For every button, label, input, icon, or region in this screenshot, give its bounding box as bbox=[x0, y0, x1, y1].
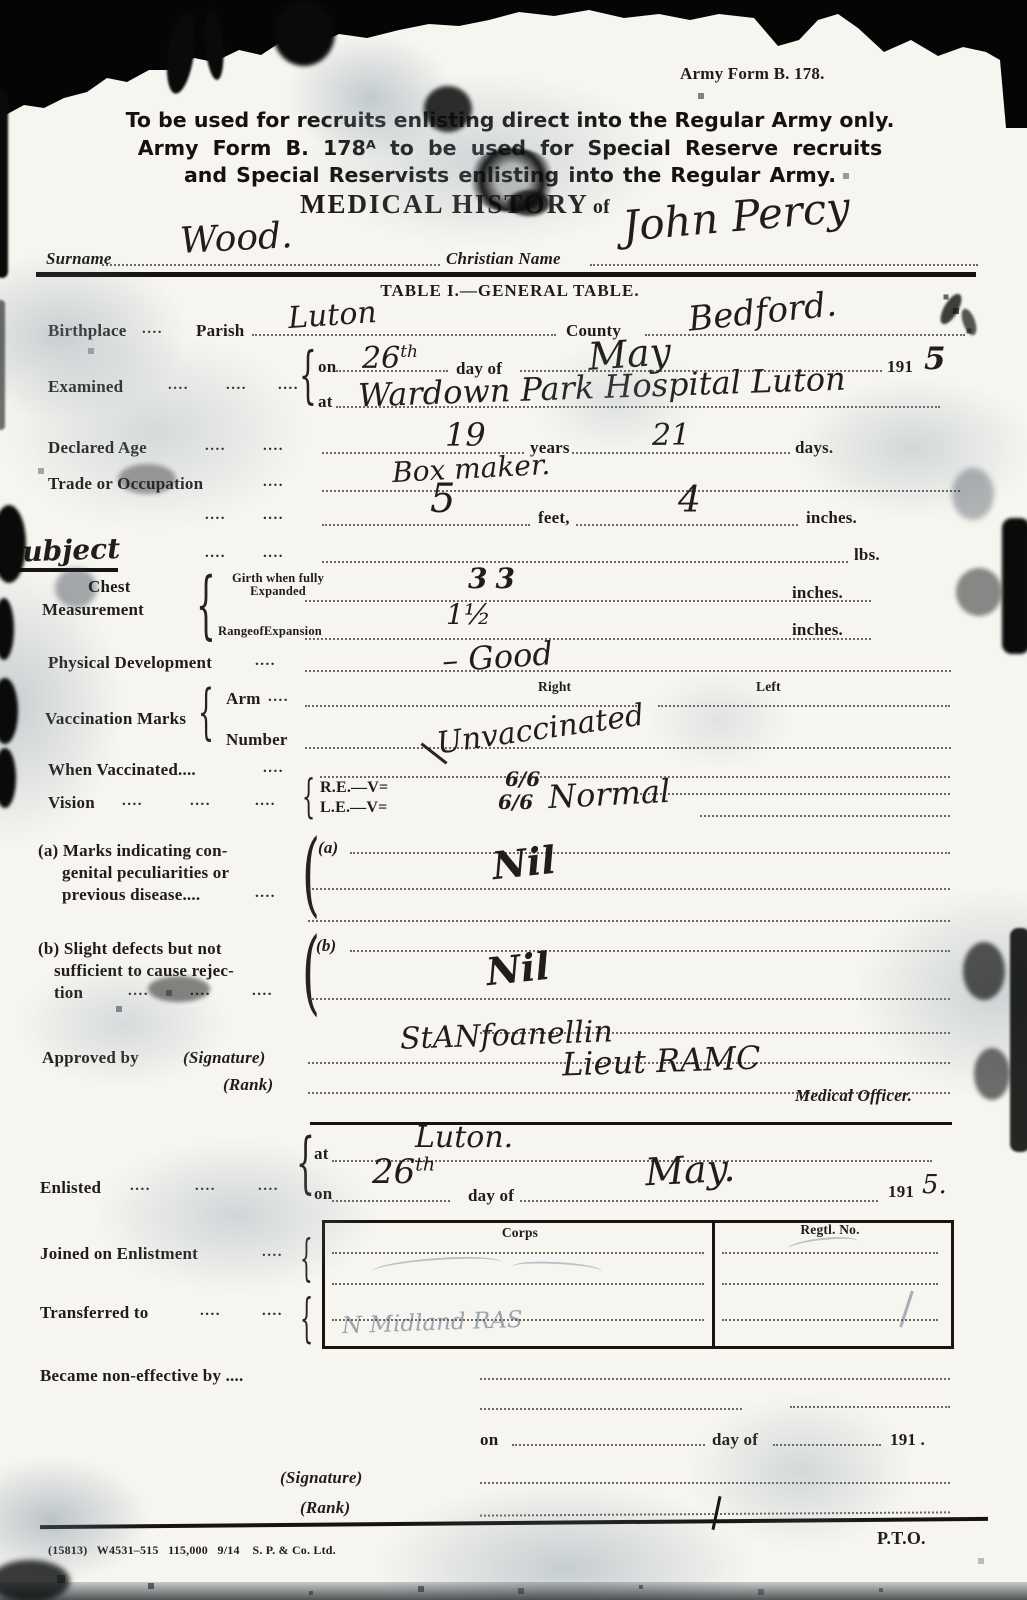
dot-leader: .... bbox=[263, 507, 284, 524]
dotted-line bbox=[640, 793, 950, 795]
range-unit-label: inches. bbox=[792, 620, 843, 640]
defects-b-value-handwritten: Nil bbox=[484, 943, 552, 994]
height-feet-handwritten: 5 bbox=[430, 476, 455, 522]
dot-leader: .... bbox=[130, 1178, 151, 1195]
medical-officer-label: Medical Officer. bbox=[795, 1086, 912, 1106]
enlisted-year-printed: 191 bbox=[888, 1182, 914, 1202]
non-effective-year: 191 . bbox=[890, 1430, 925, 1450]
enlisted-at-label: at bbox=[314, 1144, 329, 1164]
dot-leader: .... bbox=[263, 545, 284, 562]
stain bbox=[952, 468, 994, 520]
corps-table-divider bbox=[712, 1220, 715, 1346]
inches-label: inches. bbox=[806, 508, 857, 528]
age-years-handwritten: 19 bbox=[445, 416, 486, 454]
dot-leader: .... bbox=[195, 1178, 216, 1195]
dotted-line bbox=[332, 1200, 450, 1202]
marks-a-label-line2: genital peculiarities or bbox=[62, 863, 229, 883]
chest-brace: { bbox=[196, 568, 216, 642]
defects-b-label-line3: tion bbox=[54, 983, 83, 1003]
dot-leader: .... bbox=[205, 545, 226, 562]
approved-by-label: Approved by bbox=[42, 1048, 139, 1068]
scan-speckles bbox=[0, 0, 2, 2]
joined-on-enlistment-label: Joined on Enlistment bbox=[40, 1244, 198, 1264]
scanned-medical-history-form: Army Form B. 178. To be used for recruit… bbox=[0, 0, 1027, 1600]
girth-value-handwritten: 33 bbox=[468, 562, 523, 595]
examined-at-label: at bbox=[318, 392, 333, 412]
declared-age-label: Declared Age bbox=[48, 438, 147, 458]
regtl-no-header: Regtl. No. bbox=[720, 1222, 940, 1238]
table-heading: TABLE I.—GENERAL TABLE. bbox=[30, 281, 990, 301]
dotted-line bbox=[336, 370, 448, 372]
dotted-line bbox=[722, 1283, 938, 1285]
range-label: RangeofExpansion bbox=[218, 624, 322, 639]
scan-edge-mark bbox=[0, 300, 5, 430]
dot-leader: .... bbox=[268, 689, 289, 706]
arm-label: Arm bbox=[226, 689, 261, 709]
dotted-line bbox=[722, 1252, 938, 1254]
vision-le-label: L.E.—V= bbox=[320, 799, 387, 817]
dot-leader: .... bbox=[262, 1244, 283, 1261]
dotted-line bbox=[658, 705, 950, 707]
stain bbox=[118, 464, 176, 494]
days-label: days. bbox=[795, 438, 833, 458]
dotted-line bbox=[590, 264, 978, 266]
vision-brace: { bbox=[302, 773, 315, 819]
enlisted-place-handwritten: Luton. bbox=[415, 1120, 513, 1155]
dotted-line bbox=[336, 406, 940, 408]
dot-leader: .... bbox=[122, 793, 143, 810]
dot-leader: .... bbox=[263, 438, 284, 455]
marks-a-label-line1: (a) Marks indicating con- bbox=[38, 841, 228, 861]
dot-leader: .... bbox=[142, 321, 163, 338]
dotted-line bbox=[790, 1406, 950, 1408]
when-vaccinated-label: When Vaccinated.... bbox=[48, 760, 196, 780]
dotted-line bbox=[773, 1444, 881, 1446]
vaccination-marks-label: Vaccination Marks bbox=[45, 709, 186, 729]
ink-blot bbox=[424, 86, 472, 132]
lbs-label: lbs. bbox=[854, 545, 880, 565]
dotted-line bbox=[700, 815, 950, 817]
rule-line bbox=[310, 1122, 952, 1125]
defects-b-tag: (b) bbox=[316, 936, 336, 956]
dotted-line bbox=[308, 998, 950, 1000]
dotted-line bbox=[305, 638, 871, 640]
dot-leader: .... bbox=[263, 474, 284, 491]
dotted-line bbox=[102, 264, 440, 266]
scan-edge-mark bbox=[974, 1048, 1010, 1100]
parish-value-handwritten: Luton bbox=[287, 295, 378, 336]
girth-unit-label: inches. bbox=[792, 583, 843, 603]
dotted-line bbox=[332, 1252, 704, 1254]
christian-name-label: Christian Name bbox=[446, 249, 561, 269]
dot-leader: .... bbox=[258, 1178, 279, 1195]
enlisted-on-label: on bbox=[314, 1184, 332, 1204]
printer-imprint: (15813) W4531–515 115,000 9/14 S. P. & C… bbox=[48, 1543, 336, 1558]
physical-value-handwritten: – Good bbox=[441, 634, 554, 680]
dot-leader: .... bbox=[205, 438, 226, 455]
vision-le-value-handwritten: 6/6 bbox=[498, 790, 533, 814]
non-effective-day-of-label: day of bbox=[712, 1430, 758, 1450]
dotted-line bbox=[305, 670, 951, 672]
chest-label-line2: Measurement bbox=[42, 600, 144, 620]
examined-year-digit-handwritten: 5 bbox=[924, 341, 946, 377]
birthplace-label: Birthplace bbox=[48, 321, 127, 341]
stain bbox=[148, 976, 210, 1002]
dotted-line bbox=[308, 888, 950, 890]
dot-leader: .... bbox=[252, 983, 273, 1000]
bottom-rank-label: (Rank) bbox=[300, 1498, 350, 1518]
range-value-handwritten: 1½ bbox=[446, 598, 491, 631]
dotted-line bbox=[350, 852, 950, 854]
rank-label: (Rank) bbox=[223, 1075, 273, 1095]
dotted-line bbox=[350, 950, 950, 952]
dotted-line bbox=[512, 1444, 705, 1446]
vaccination-brace: { bbox=[198, 682, 214, 742]
non-effective-label: Became non-effective by .... bbox=[40, 1366, 243, 1386]
bottom-signature-label: (Signature) bbox=[280, 1468, 363, 1488]
stain bbox=[956, 568, 1002, 616]
joined-brace: { bbox=[300, 1233, 313, 1283]
enlisted-label: Enlisted bbox=[40, 1178, 101, 1198]
marks-a-tag: (a) bbox=[318, 838, 338, 858]
dot-leader: .... bbox=[168, 377, 189, 394]
height-inches-handwritten: 4 bbox=[678, 480, 701, 521]
dotted-line bbox=[252, 334, 556, 336]
notice-line-1: To be used for recruits enlisting direct… bbox=[30, 108, 990, 132]
dot-leader: .... bbox=[255, 793, 276, 810]
enlisted-brace: { bbox=[296, 1130, 315, 1196]
stain bbox=[55, 568, 97, 608]
dotted-line bbox=[308, 920, 950, 922]
physical-label: Physical Development bbox=[48, 653, 212, 673]
signature-label: (Signature) bbox=[183, 1048, 266, 1068]
dotted-line bbox=[480, 1408, 742, 1410]
dot-leader: .... bbox=[128, 983, 149, 1000]
examined-label: Examined bbox=[48, 377, 123, 397]
vision-label: Vision bbox=[48, 793, 95, 813]
left-column-label: Left bbox=[756, 679, 781, 695]
scan-edge-mark bbox=[0, 88, 8, 278]
enlisted-year-digit-handwritten: 5. bbox=[922, 1170, 947, 1200]
rank-value-handwritten: Lieut RAMC bbox=[561, 1039, 761, 1084]
dot-leader: .... bbox=[278, 377, 299, 394]
scan-edge-mark bbox=[963, 942, 1005, 1000]
dotted-line bbox=[332, 1283, 704, 1285]
scan-edge-mark bbox=[1010, 928, 1027, 1152]
age-days-handwritten: 21 bbox=[652, 418, 690, 453]
enlisted-day-of-label: day of bbox=[468, 1186, 514, 1206]
rule-line bbox=[36, 272, 976, 277]
dotted-line bbox=[480, 1378, 950, 1380]
dot-leader: .... bbox=[226, 377, 247, 394]
marks-a-label-line3: previous disease.... bbox=[62, 885, 200, 905]
ink-blot bbox=[273, 0, 335, 66]
vision-re-value-handwritten: 6/6 bbox=[505, 767, 540, 791]
examined-brace: { bbox=[299, 344, 317, 406]
dot-leader: .... bbox=[255, 885, 276, 902]
dot-leader: .... bbox=[255, 653, 276, 670]
dotted-line bbox=[645, 334, 965, 336]
scan-edge-mark bbox=[1002, 518, 1027, 654]
scan-edge-mark bbox=[0, 1560, 70, 1600]
dot-leader: .... bbox=[263, 760, 284, 777]
dotted-line bbox=[305, 747, 951, 749]
parish-label: Parish bbox=[196, 321, 244, 341]
feet-label: feet, bbox=[538, 508, 570, 528]
page-title: MEDICAL HISTORY of bbox=[300, 189, 610, 220]
dot-leader: .... bbox=[205, 507, 226, 524]
dotted-line bbox=[480, 1482, 950, 1484]
number-label: Number bbox=[226, 730, 288, 750]
surname-handwritten: Wood. bbox=[179, 215, 293, 262]
dotted-line bbox=[576, 524, 798, 526]
dot-leader: .... bbox=[200, 1303, 221, 1320]
examined-year-printed: 191 bbox=[887, 357, 913, 377]
scan-bottom-edge bbox=[0, 1582, 1027, 1600]
surname-label: Surname bbox=[46, 249, 112, 269]
girth-label: Girth when fullyExpanded bbox=[218, 572, 338, 598]
ink-blot bbox=[508, 190, 550, 216]
transferred-to-label: Transferred to bbox=[40, 1303, 148, 1323]
vision-re-label: R.E.—V= bbox=[320, 779, 388, 797]
form-number: Army Form B. 178. bbox=[680, 64, 825, 84]
enlisted-day-handwritten: 26th bbox=[372, 1152, 435, 1192]
dotted-line bbox=[520, 1200, 878, 1202]
dotted-line bbox=[322, 561, 848, 563]
dotted-line bbox=[305, 600, 871, 602]
dotted-line bbox=[722, 1319, 938, 1321]
dotted-line bbox=[322, 524, 530, 526]
transferred-brace: { bbox=[300, 1293, 313, 1345]
dotted-line bbox=[572, 452, 790, 454]
examined-on-label: on bbox=[318, 357, 336, 377]
enlisted-month-handwritten: May. bbox=[644, 1146, 736, 1195]
right-column-label: Right bbox=[538, 679, 571, 695]
non-effective-on-label: on bbox=[480, 1430, 498, 1450]
pto-label: P.T.O. bbox=[877, 1528, 926, 1549]
corps-header: Corps bbox=[340, 1225, 700, 1241]
dotted-line bbox=[322, 490, 960, 492]
defects-b-label-line1: (b) Slight defects but not bbox=[38, 939, 222, 959]
marks-a-value-handwritten: Nil bbox=[490, 837, 558, 888]
defects-b-label-line2: sufficient to cause rejec- bbox=[54, 961, 234, 981]
dot-leader: .... bbox=[190, 793, 211, 810]
dot-leader: .... bbox=[262, 1303, 283, 1320]
